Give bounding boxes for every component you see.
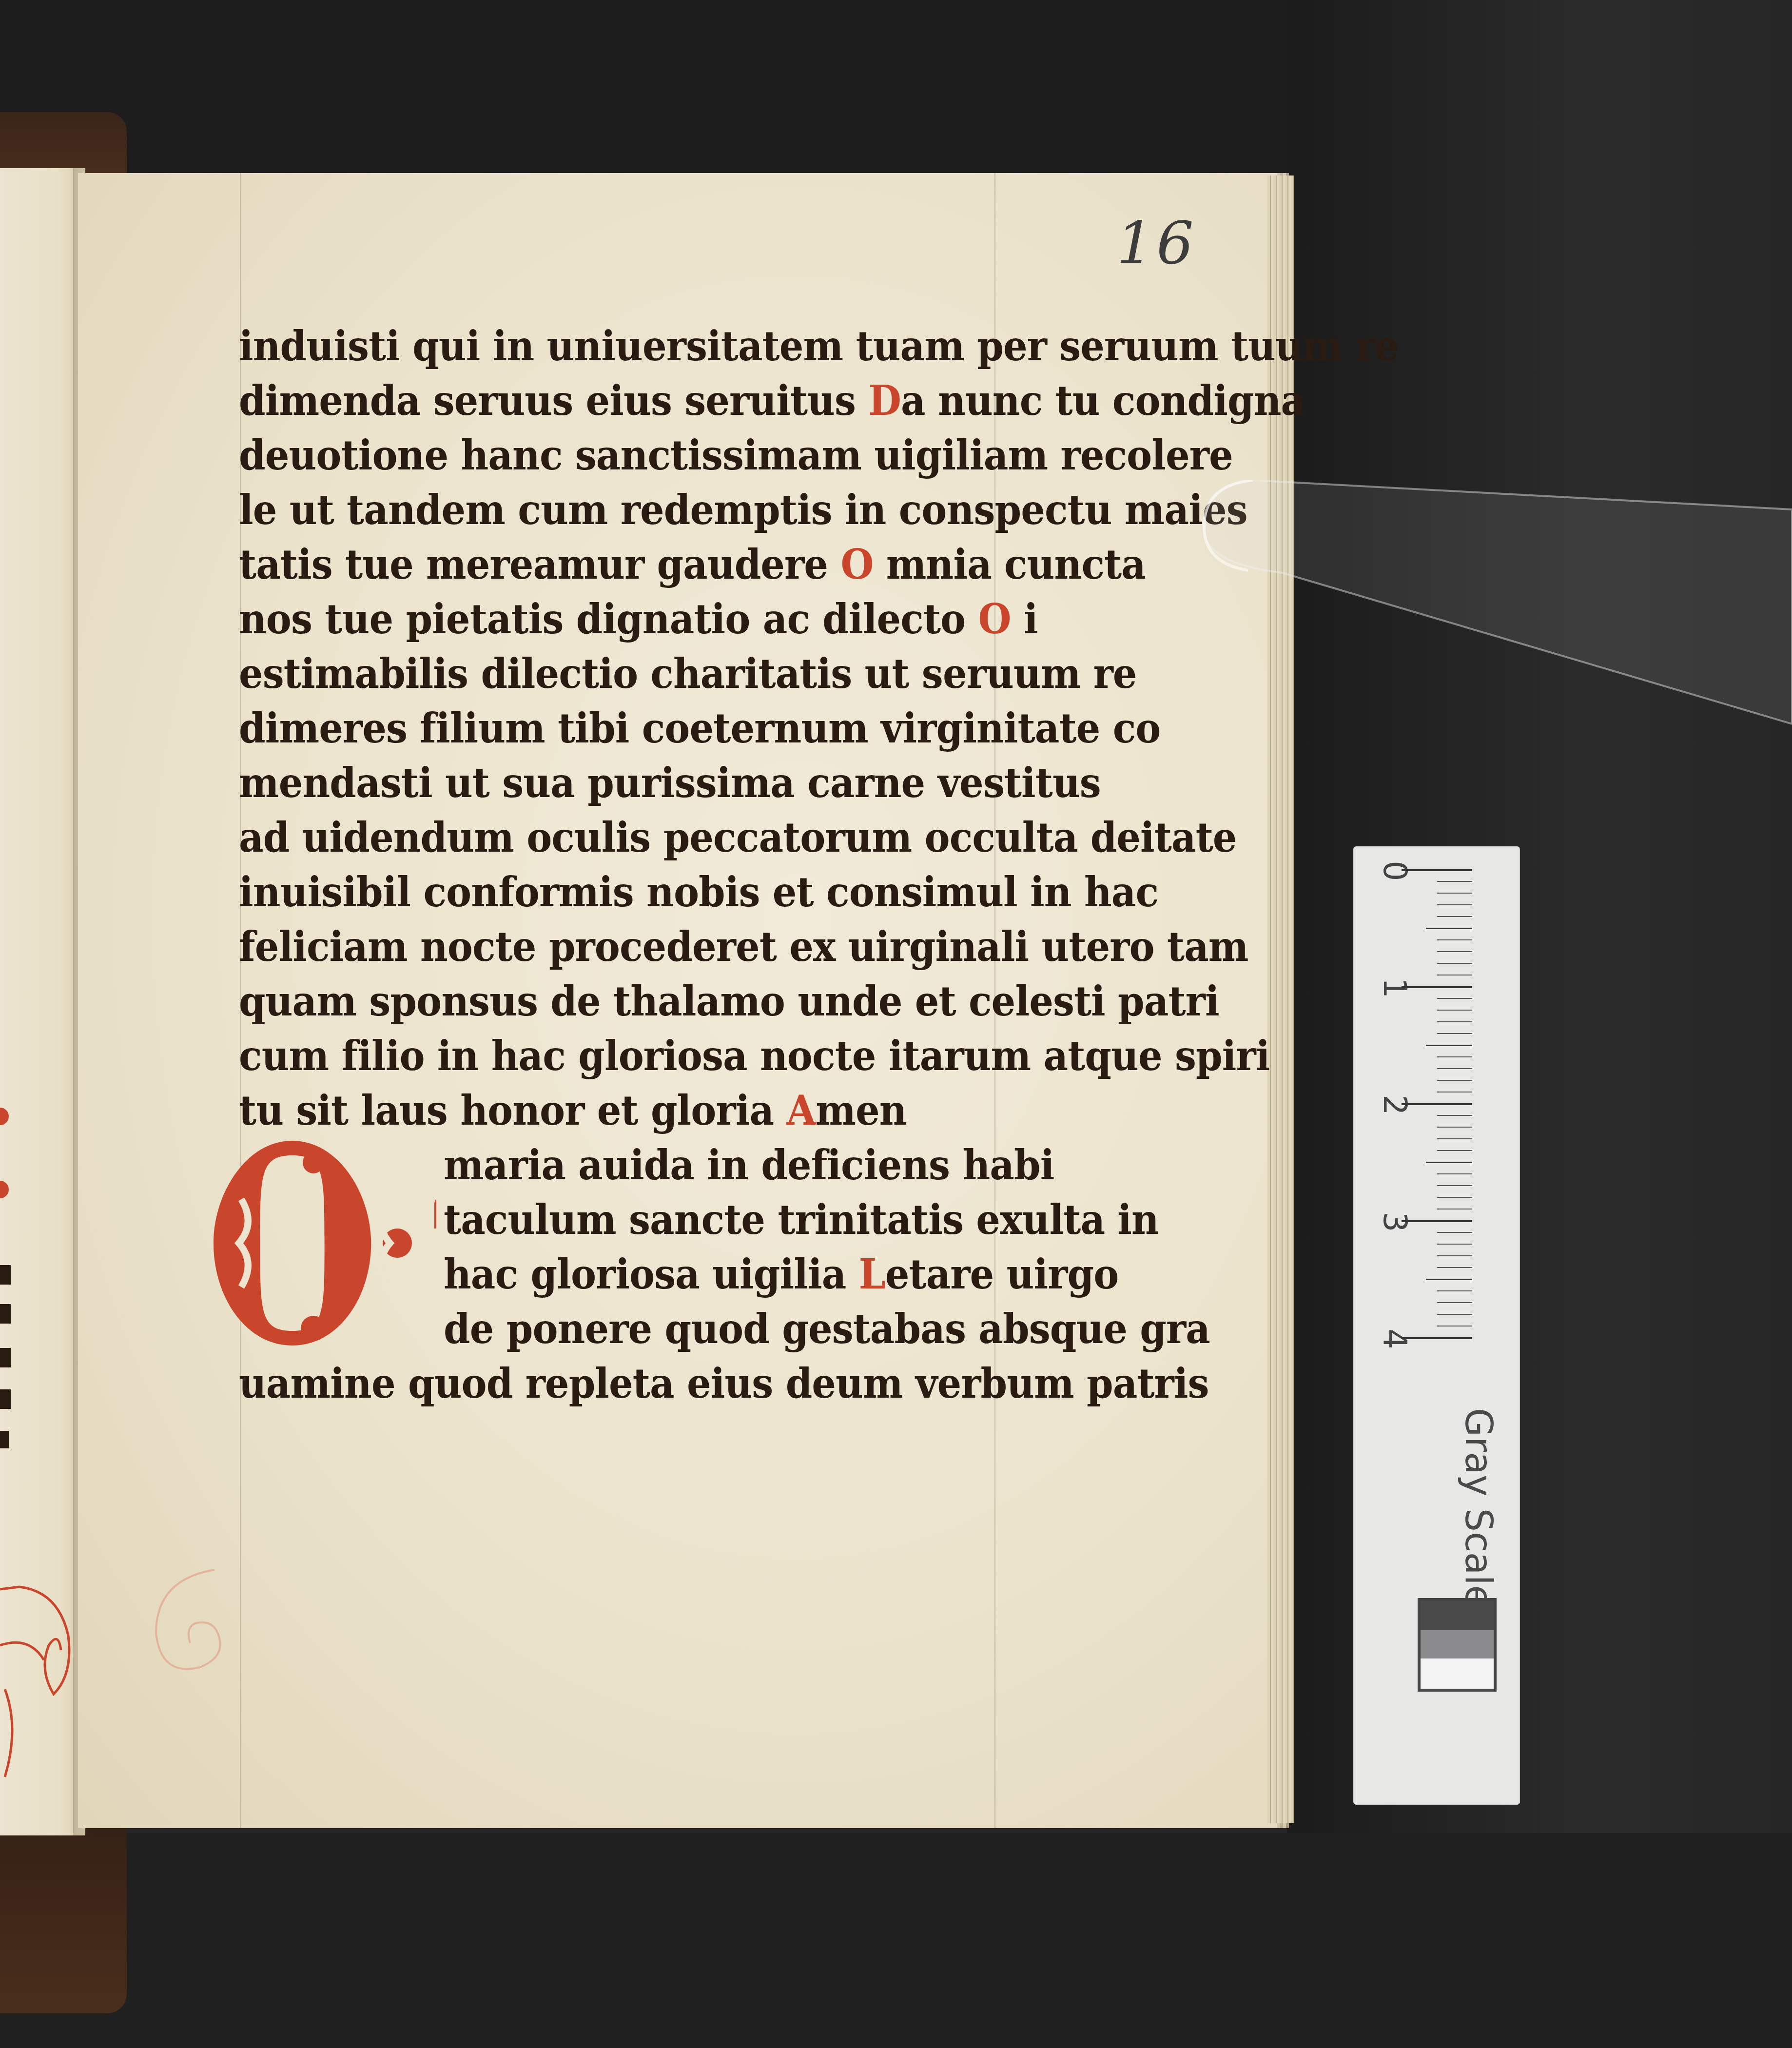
scale-tick <box>1402 986 1472 988</box>
scale-tick <box>1437 893 1472 894</box>
swatch-light <box>1421 1658 1494 1689</box>
scale-tick <box>1426 928 1472 929</box>
scale-tick <box>1437 939 1472 940</box>
scale-tick <box>1426 1045 1472 1046</box>
scale-tick <box>1437 1021 1472 1022</box>
scale-tick <box>1437 1080 1472 1081</box>
scale-tick <box>1437 1290 1472 1291</box>
text-line: uamine quod repleta eius deum verbum pat… <box>239 1359 1209 1407</box>
scale-tick <box>1437 975 1472 975</box>
dark-background-bottom <box>0 1833 1792 2048</box>
text-line: nos tue pietatis dignatio ac dilecto O i <box>239 595 1038 643</box>
text-line: tatis tue mereamur gaudere O mnia cuncta <box>239 540 1146 588</box>
scale-tick <box>1437 1056 1472 1057</box>
text-line: estimabilis dilectio charitatis ut seruu… <box>239 649 1137 698</box>
scale-tick <box>1437 1209 1472 1209</box>
scale-tick <box>1437 881 1472 882</box>
rubric-letter: D <box>868 376 901 425</box>
scale-tick <box>1402 1103 1472 1105</box>
text-line: feliciam nocte procederet ex uirginali u… <box>239 922 1248 971</box>
text-line: quam sponsus de thalamo unde et celesti … <box>239 977 1219 1025</box>
scale-tick <box>1437 1255 1472 1256</box>
scale-tick <box>1437 1115 1472 1116</box>
gray-scale-label: Gray Scale <box>1457 1408 1500 1603</box>
scale-tick <box>1437 963 1472 964</box>
rubric-letter: A <box>786 1086 816 1134</box>
scale-tick <box>1437 1326 1472 1326</box>
scale-tick <box>1437 951 1472 952</box>
facing-page-rubric-marks <box>0 168 85 1835</box>
text-line: le ut tandem cum redemptis in conspectu … <box>239 486 1247 534</box>
scale-tick <box>1402 1337 1472 1339</box>
scale-tick <box>1437 1185 1472 1186</box>
scale-tick <box>1402 869 1472 871</box>
scale-tick <box>1402 1220 1472 1222</box>
scale-tick <box>1437 1314 1472 1315</box>
scale-tick <box>1437 1244 1472 1245</box>
swatch-dark <box>1421 1601 1494 1630</box>
decorated-initial-o <box>193 1136 436 1350</box>
scale-tick <box>1437 1173 1472 1174</box>
scale-tick <box>1426 1162 1472 1163</box>
gray-scale-reference-card: 0 1 2 3 4 Gray Scale <box>1354 847 1519 1804</box>
rubric-letter: O <box>978 595 1011 643</box>
scale-tick <box>1437 1127 1472 1128</box>
text-line: dimeres filium tibi coeternum virginitat… <box>239 704 1160 752</box>
text-line: taculum sancte trinitatis exulta in <box>444 1195 1159 1244</box>
scale-tick <box>1437 1010 1472 1011</box>
scale-tick <box>1437 1150 1472 1151</box>
text-line: hac gloriosa uigilia Letare uirgo <box>444 1250 1118 1298</box>
transparent-page-holder-strip <box>1194 480 1792 753</box>
folio-number: 16 <box>1116 210 1197 277</box>
gray-swatches <box>1418 1598 1497 1692</box>
text-line: mendasti ut sua purissima carne vestitus <box>239 759 1101 807</box>
text-line: cum filio in hac gloriosa nocte itarum a… <box>239 1032 1269 1080</box>
scale-tick <box>1426 1279 1472 1280</box>
scale-tick <box>1437 1267 1472 1268</box>
scale-tick <box>1437 1033 1472 1034</box>
facing-page-edge <box>0 168 85 1835</box>
text-line: maria auida in deficiens habi <box>444 1141 1054 1189</box>
scale-tick <box>1437 916 1472 917</box>
rubric-letter: L <box>859 1250 885 1298</box>
text-line: de ponere quod gestabas absque gra <box>444 1305 1210 1353</box>
scale-tick <box>1437 1068 1472 1069</box>
swatch-mid <box>1421 1630 1494 1658</box>
scale-tick <box>1437 1197 1472 1198</box>
text-line: dimenda seruus eius seruitus Da nunc tu … <box>239 376 1305 425</box>
faint-offset-flourish <box>127 1550 273 1706</box>
rubric-letter: O <box>840 540 873 588</box>
scale-tick <box>1437 1302 1472 1303</box>
scale-tick <box>1437 904 1472 905</box>
text-line: inuisibil conformis nobis et consimul in… <box>239 868 1158 916</box>
text-line: induisti qui in uniuersitatem tuam per s… <box>239 322 1399 370</box>
scale-tick <box>1437 1138 1472 1139</box>
text-line: tu sit laus honor et gloria Amen <box>239 1086 907 1134</box>
text-line: ad uidendum oculis peccatorum occulta de… <box>239 813 1237 861</box>
scale-tick <box>1437 998 1472 999</box>
text-line: deuotione hanc sanctissimam uigiliam rec… <box>239 431 1233 479</box>
scale-tick <box>1437 1092 1472 1092</box>
scale-tick <box>1437 1232 1472 1233</box>
